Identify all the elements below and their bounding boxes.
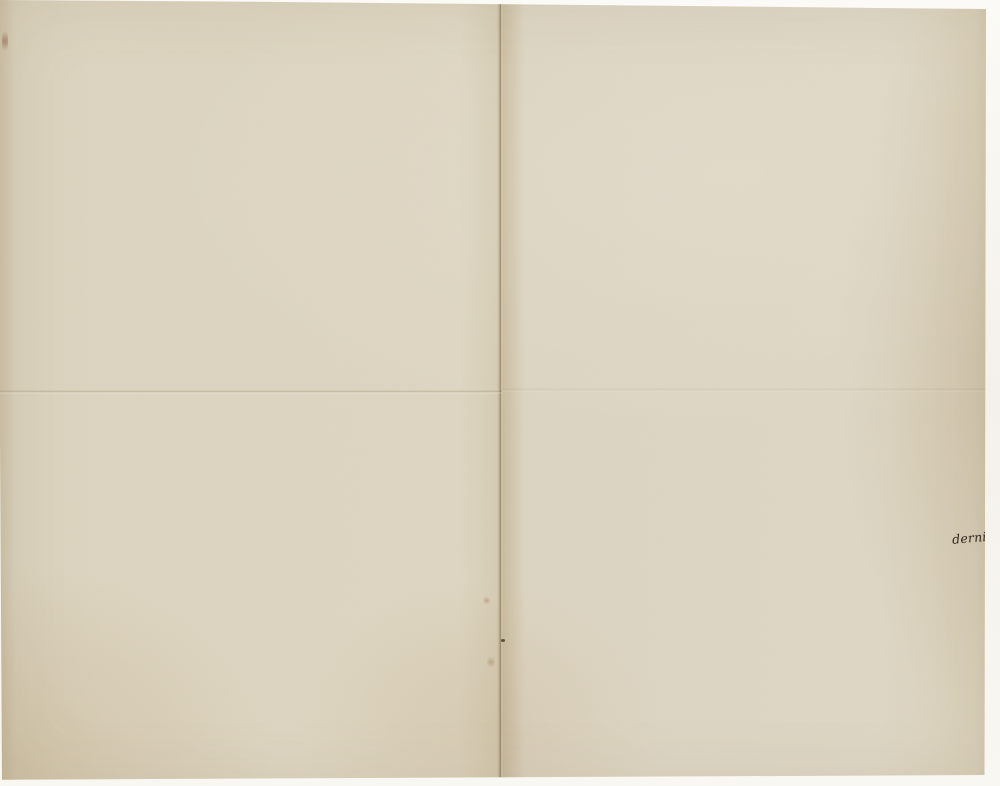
page-left-blank	[0, 0, 500, 786]
letter-margin-note: dernièrement	[952, 524, 1000, 547]
page-right-written: Paris 12 Déc. 1894. Mon Cher Vos, derniè…	[500, 0, 1000, 786]
letter-scan: Paris 12 Déc. 1894. Mon Cher Vos, derniè…	[0, 0, 1000, 786]
letter-body: Paris 12 Déc. 1894. Mon Cher Vos, derniè…	[500, 0, 1000, 786]
letter-paper-sheet: Paris 12 Déc. 1894. Mon Cher Vos, derniè…	[0, 0, 1000, 786]
